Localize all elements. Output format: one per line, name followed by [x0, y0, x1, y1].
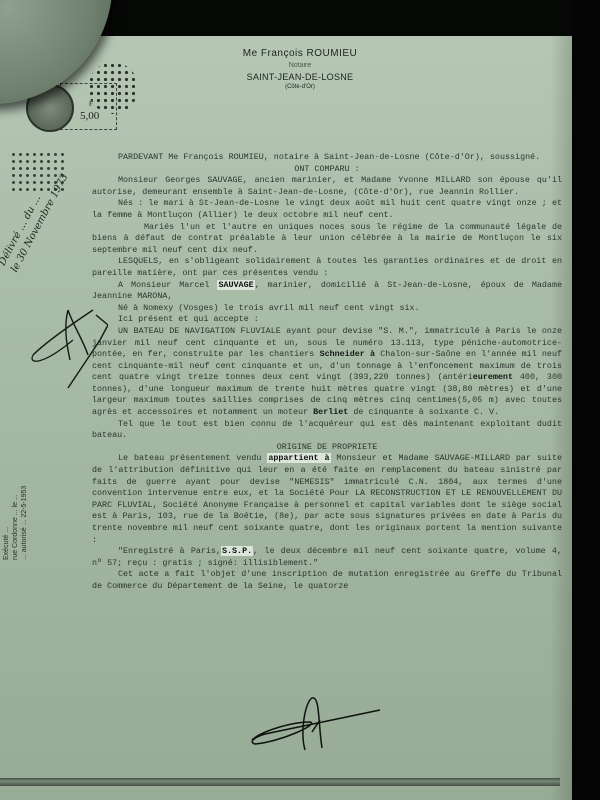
notary-title: Notaire: [0, 62, 600, 69]
notary-town: SAINT-JEAN-DE-LOSNE: [0, 72, 600, 82]
paragraph-text: de cinquante à soixante C. V.: [348, 407, 499, 417]
highlighted-text: S.S.P.: [221, 546, 253, 556]
margin-initials-signature-icon: [28, 280, 108, 390]
page-bottom-edge: [0, 778, 560, 786]
notary-department: (Côte-d'Or): [0, 84, 600, 90]
side-print-line: rue Cordonne ... le ...: [11, 320, 20, 560]
deed-paragraph: "Enregistré à Paris,S.S.P., le deux déce…: [92, 546, 562, 569]
deed-paragraph: Monsieur Georges SAUVAGE, ancien marinie…: [92, 175, 562, 198]
notary-signature-icon: [250, 692, 390, 757]
deed-paragraph: Mariés l'un et l'autre en uniques noces …: [92, 222, 562, 257]
deed-paragraph: PARDEVANT Me François ROUMIEU, notaire à…: [92, 152, 562, 164]
deed-paragraph: Le bateau présentement vendu appartient …: [92, 453, 562, 546]
side-print-line: Exécuté ...: [2, 320, 11, 560]
notary-name: Me François ROUMIEU: [0, 48, 600, 59]
deed-paragraph: Ici présent et qui accepte :: [92, 314, 562, 326]
side-print-line: ... autorisé ... 22-5-1953: [20, 320, 29, 560]
paragraph-text: Berliet: [313, 407, 348, 417]
paragraph-text: à: [365, 349, 380, 359]
deed-paragraph: Né à Nomexy (Vosges) le trois avril mil …: [92, 303, 562, 315]
side-printed-stamp: Exécuté ... rue Cordonne ... le ... ... …: [2, 320, 29, 560]
letterhead: Me François ROUMIEU Notaire SAINT-JEAN-D…: [0, 48, 600, 90]
deed-paragraph: A Monsieur Marcel SAUVAGE, marinier, dom…: [92, 280, 562, 303]
deed-paragraph: ONT COMPARU :: [92, 164, 562, 176]
paragraph-text: Le bateau présentement vendu: [118, 453, 267, 463]
stamp-unit: F: [89, 100, 93, 108]
paragraph-text: "Enregistré à Paris,: [118, 546, 221, 556]
paragraph-text: Monsieur et Madame SAUVAGE-MILLARD par s…: [92, 453, 562, 544]
paragraph-text: A Monsieur Marcel: [118, 280, 217, 290]
background-edge: [572, 0, 600, 800]
paragraph-text: eurement: [473, 372, 513, 382]
deed-paragraph: Tel que le tout est bien connu de l'acqu…: [92, 419, 562, 442]
highlighted-text: appartient à: [267, 453, 330, 463]
deed-paragraph: LESQUELS, en s'obligeant solidairement à…: [92, 256, 562, 279]
deed-paragraph: Cet acte a fait l'objet d'une inscriptio…: [92, 569, 562, 592]
paragraph-text: Schneider: [320, 349, 365, 359]
deed-paragraph: UN BATEAU DE NAVIGATION FLUVIALE ayant p…: [92, 326, 562, 419]
deed-body: PARDEVANT Me François ROUMIEU, notaire à…: [92, 152, 562, 593]
deed-paragraph: Nés : le mari à St-Jean-de-Losne le ving…: [92, 198, 562, 221]
deed-paragraph: ORIGINE DE PROPRIETE: [92, 442, 562, 454]
highlighted-text: SAUVAGE: [217, 280, 254, 290]
